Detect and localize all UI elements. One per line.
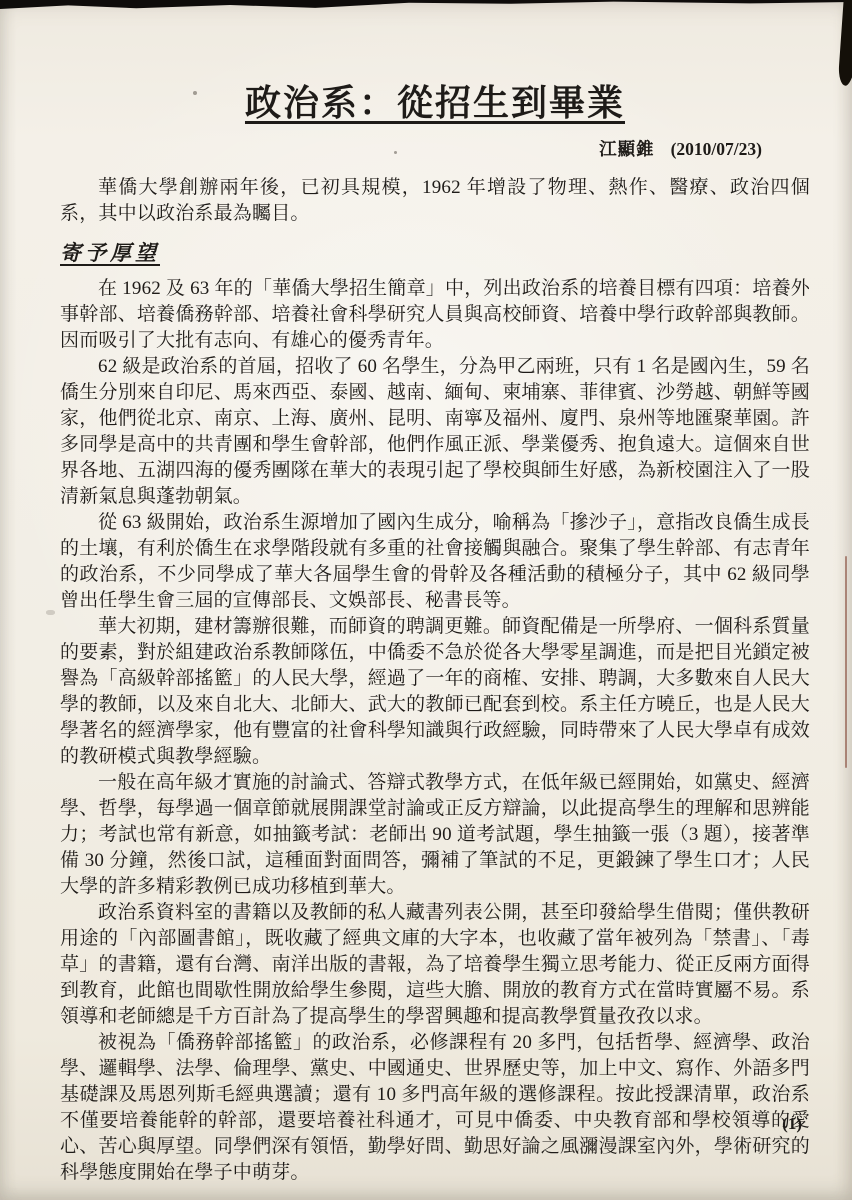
paragraph-7: 被視為「僑務幹部搖籃」的政治系，必修課程有 20 多門，包括哲學、經濟學、政治學…: [60, 1030, 810, 1186]
section-heading: 寄予厚望: [60, 237, 160, 267]
scan-speck: [193, 91, 197, 95]
byline: 江顯錐(2010/07/23): [60, 136, 762, 161]
paragraph-2: 62 級是政治系的首屆，招收了 60 名學生，分為甲乙兩班，只有 1 名是國內生…: [60, 354, 810, 510]
scan-artifact-right-line: [845, 556, 847, 768]
paragraph-3: 從 63 級開始，政治系生源增加了國內生成分，喻稱為「摻沙子」，意指改良僑生成長…: [60, 510, 810, 614]
paragraph-1: 在 1962 及 63 年的「華僑大學招生簡章」中，列出政治系的培養目標有四項：…: [60, 276, 810, 354]
document-title: 政治系：從招生到畢業: [60, 82, 810, 125]
document-page: 政治系：從招生到畢業 江顯錐(2010/07/23) 華僑大學創辦兩年後，已初具…: [0, 0, 852, 1200]
scan-speck: [46, 610, 55, 615]
page-number: (1): [782, 1114, 802, 1134]
document-date: (2010/07/23): [671, 139, 762, 159]
paragraph-4: 華大初期，建材籌辦很難，而師資的聘調更難。師資配備是一所學府、一個科系質量的要素…: [60, 614, 810, 770]
paragraph-6: 政治系資料室的書籍以及教師的私人藏書列表公開，甚至印發給學生借閱；僅供教研用途的…: [60, 900, 810, 1030]
paragraph-intro: 華僑大學創辦兩年後，已初具規模，1962 年增設了物理、熱作、醫療、政治四個系，…: [60, 175, 810, 227]
author-name: 江顯錐: [599, 139, 655, 159]
scan-speck: [394, 151, 397, 154]
paragraph-5: 一般在高年級才實施的討論式、答辯式教學方式，在低年級已經開始，如黨史、經濟學、哲…: [60, 770, 810, 900]
document-content: 政治系：從招生到畢業 江顯錐(2010/07/23) 華僑大學創辦兩年後，已初具…: [0, 0, 852, 1186]
